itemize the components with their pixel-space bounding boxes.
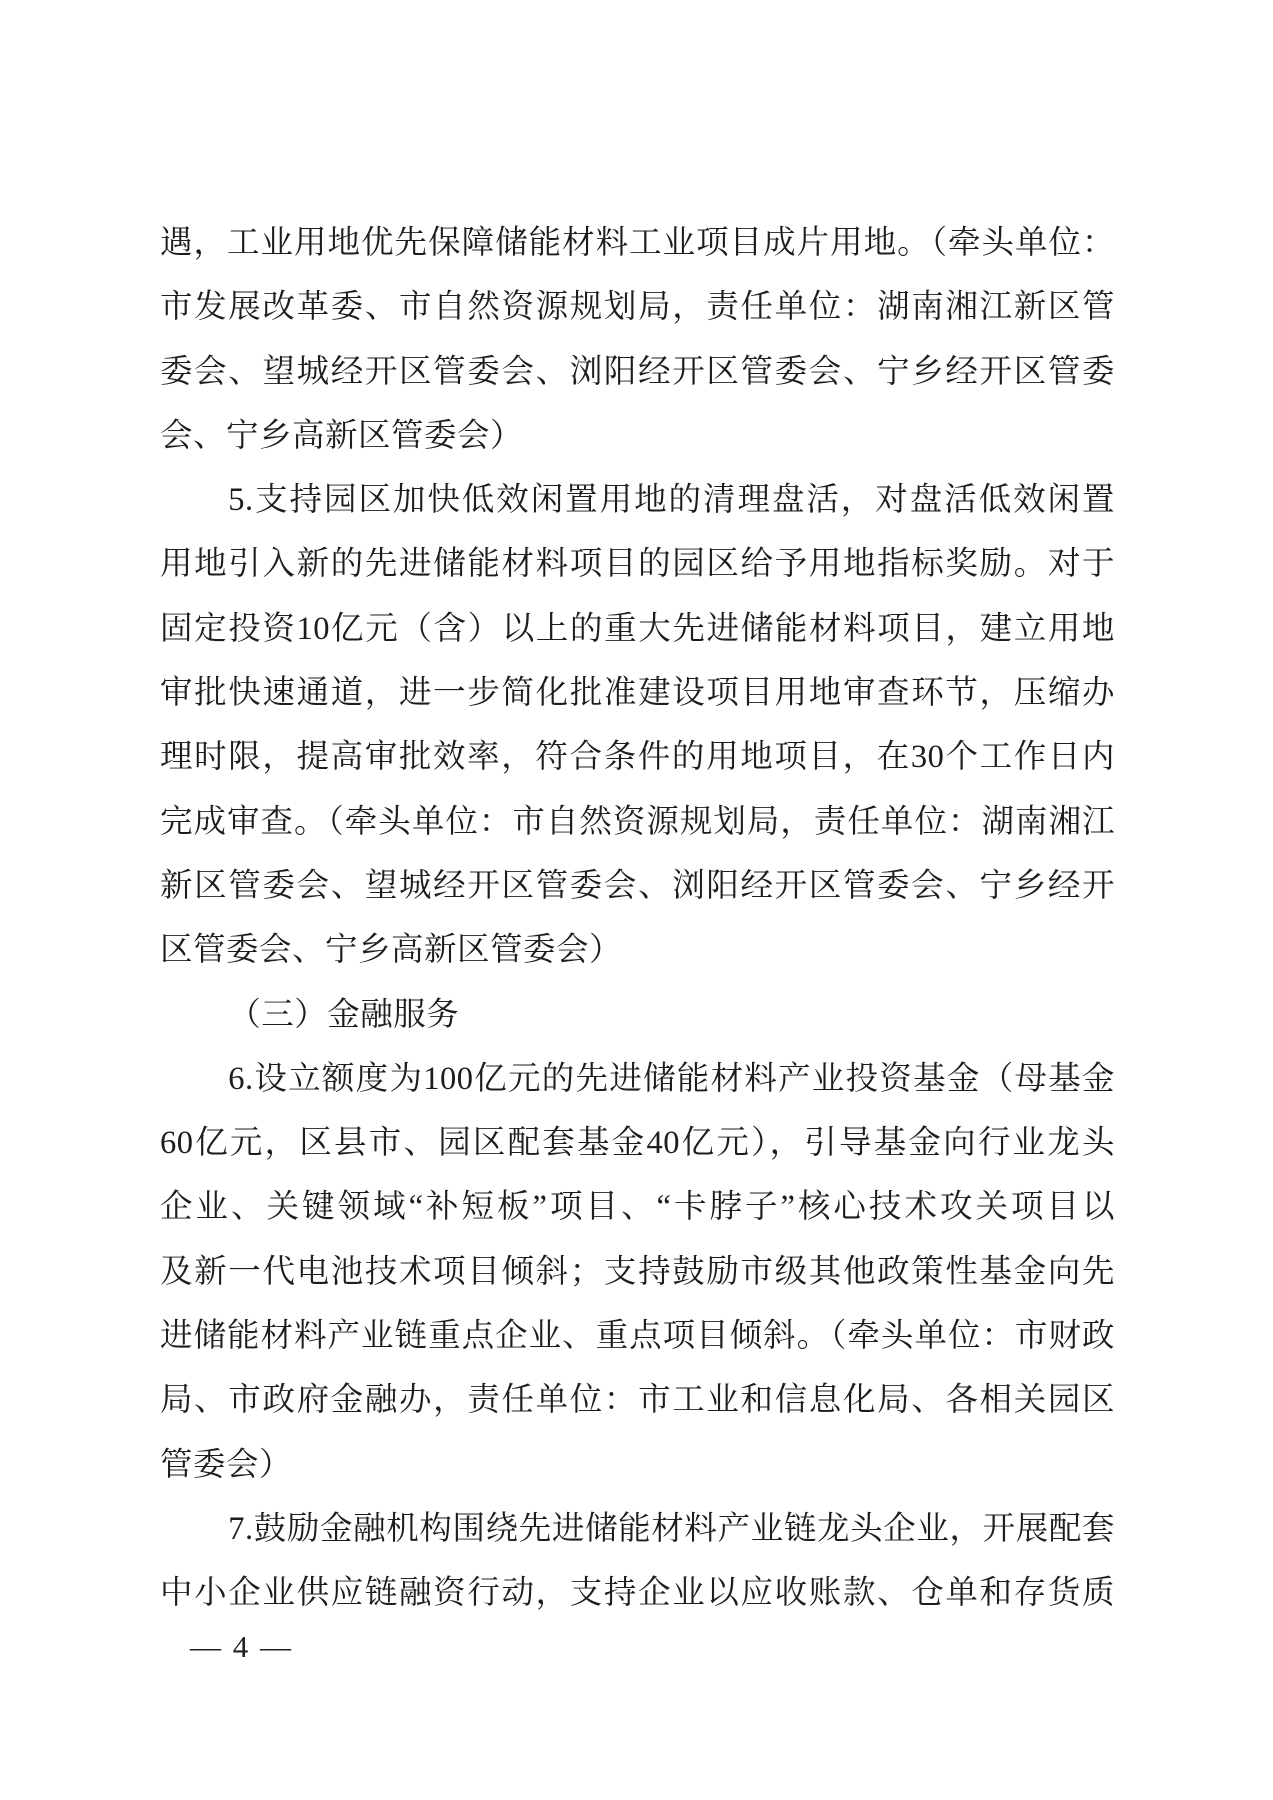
body-line: 5.支持园区加快低效闲置用地的清理盘活，对盘活低效闲置 (160, 468, 1115, 532)
body-line: 进储能材料产业链重点企业、重点项目倾斜。（牵头单位：市财政 (160, 1304, 1115, 1368)
body-line: 委会、望城经开区管委会、浏阳经开区管委会、宁乡经开区管委 (160, 340, 1115, 404)
body-line: 60亿元，区县市、园区配套基金40亿元），引导基金向行业龙头 (160, 1111, 1115, 1175)
body-line: 新区管委会、望城经开区管委会、浏阳经开区管委会、宁乡经开 (160, 854, 1115, 918)
body-line: 市发展改革委、市自然资源规划局，责任单位：湖南湘江新区管 (160, 275, 1115, 339)
body-line: 用地引入新的先进储能材料项目的园区给予用地指标奖励。对于 (160, 532, 1115, 596)
body-line: 遇，工业用地优先保障储能材料工业项目成片用地。（牵头单位： (160, 211, 1115, 275)
body-line: 审批快速通道，进一步简化批准建设项目用地审查环节，压缩办 (160, 661, 1115, 725)
document-body: 遇，工业用地优先保障储能材料工业项目成片用地。（牵头单位： 市发展改革委、市自然… (160, 211, 1115, 1626)
body-line: 理时限，提高审批效率，符合条件的用地项目，在30个工作日内 (160, 725, 1115, 789)
body-line: 中小企业供应链融资行动，支持企业以应收账款、仓单和存货质押 (160, 1561, 1115, 1625)
body-line: 企业、关键领域“补短板”项目、“卡脖子”核心技术攻关项目以 (160, 1175, 1115, 1239)
body-line: 完成审查。（牵头单位：市自然资源规划局，责任单位：湖南湘江 (160, 790, 1115, 854)
page-number: — 4 — (190, 1627, 293, 1667)
body-line: 及新一代电池技术项目倾斜；支持鼓励市级其他政策性基金向先 (160, 1240, 1115, 1304)
body-line: 区管委会、宁乡高新区管委会） (160, 918, 1115, 982)
body-line: 固定投资10亿元（含）以上的重大先进储能材料项目，建立用地 (160, 597, 1115, 661)
body-line: 管委会） (160, 1433, 1115, 1497)
body-line: 会、宁乡高新区管委会） (160, 404, 1115, 468)
body-line: 7.鼓励金融机构围绕先进储能材料产业链龙头企业，开展配套 (160, 1497, 1115, 1561)
body-line: 6.设立额度为100亿元的先进储能材料产业投资基金（母基金 (160, 1047, 1115, 1111)
document-page: 遇，工业用地优先保障储能材料工业项目成片用地。（牵头单位： 市发展改革委、市自然… (0, 0, 1273, 1800)
section-heading: （三）金融服务 (160, 983, 1115, 1047)
body-line: 局、市政府金融办，责任单位：市工业和信息化局、各相关园区 (160, 1368, 1115, 1432)
